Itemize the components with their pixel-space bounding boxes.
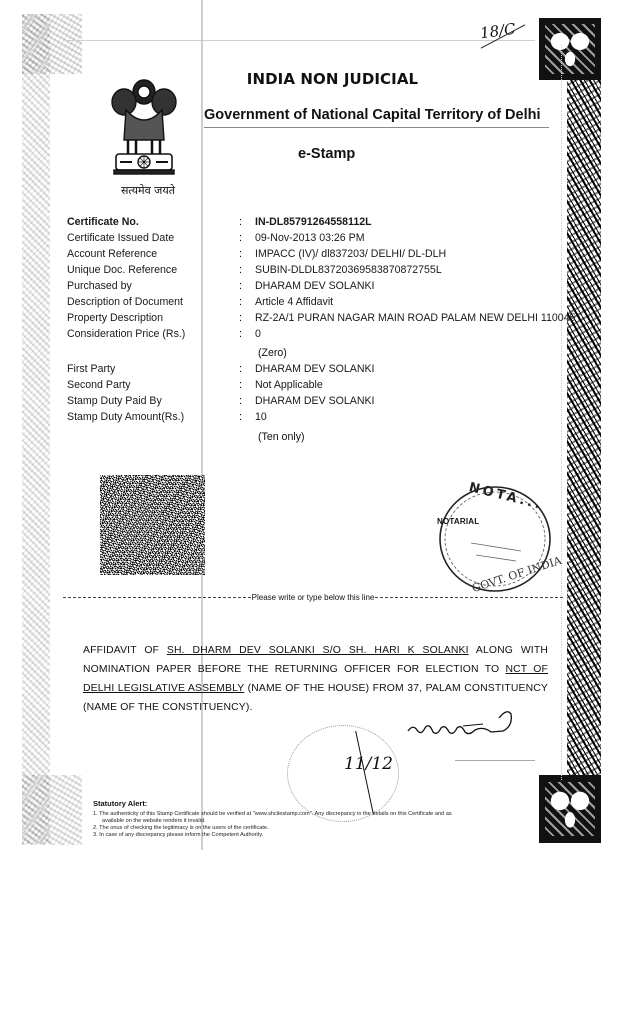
statutory-alert-title: Statutory Alert:	[93, 799, 147, 808]
scan-fold-line	[201, 0, 203, 850]
separator-dash	[375, 597, 563, 598]
write-below-separator: Please write or type below this line	[63, 591, 563, 603]
field-value: DHARAM DEV SOLANKI	[255, 363, 375, 375]
field-label: First Party	[67, 363, 115, 375]
field-label: Purchased by	[67, 280, 132, 292]
field-colon: :	[239, 411, 242, 423]
signature-icon	[403, 706, 518, 746]
inner-frame-line	[65, 40, 535, 42]
bottom-right-leaf-ornament-icon	[539, 775, 601, 843]
field-label: Unique Doc. Reference	[67, 264, 177, 276]
field-label: Property Description	[67, 312, 163, 324]
top-right-leaf-ornament-icon	[539, 18, 601, 80]
statutory-alert-item: 3. In case of any discrepancy please inf…	[93, 832, 263, 838]
field-value: RZ-2A/1 PURAN NAGAR MAIN ROAD PALAM NEW …	[255, 312, 575, 324]
field-label: Account Reference	[67, 248, 157, 260]
field-value: 09-Nov-2013 03:26 PM	[255, 232, 365, 244]
field-value: 0	[255, 328, 261, 340]
field-value-in-words: (Zero)	[258, 347, 287, 359]
inner-frame-line	[561, 45, 563, 780]
field-value-in-words: (Ten only)	[258, 431, 305, 443]
field-colon: :	[239, 296, 242, 308]
field-colon: :	[239, 232, 242, 244]
separator-text: Please write or type below this line	[251, 593, 376, 602]
field-value: Not Applicable	[255, 379, 323, 391]
field-label: Certificate Issued Date	[67, 232, 174, 244]
field-label: Consideration Price (Rs.)	[67, 328, 185, 340]
field-value: Article 4 Affidavit	[255, 296, 333, 308]
header-estamp: e-Stamp	[298, 146, 355, 162]
field-value: IN-DL85791264558112L	[255, 216, 372, 228]
header-india-non-judicial: INDIA NON JUDICIAL	[200, 70, 465, 88]
field-colon: :	[239, 312, 242, 324]
handwritten-date: 11/12	[344, 754, 393, 774]
signature-line	[455, 760, 535, 761]
top-left-ornament	[22, 14, 82, 74]
field-label: Certificate No.	[67, 216, 139, 228]
right-ornamental-border	[567, 18, 601, 843]
affidavit-text: AFFIDAVIT OF	[83, 645, 167, 656]
statutory-alert-item: available on the website renders it inva…	[102, 818, 206, 824]
header-government: Government of National Capital Territory…	[204, 107, 541, 123]
field-colon: :	[239, 363, 242, 375]
bottom-left-ornament	[22, 775, 82, 845]
field-value: 10	[255, 411, 267, 423]
statutory-alert-item: 2. The onus of checking the legitimacy i…	[93, 825, 269, 831]
field-value: DHARAM DEV SOLANKI	[255, 395, 375, 407]
field-value: DHARAM DEV SOLANKI	[255, 280, 375, 292]
left-ornamental-border	[22, 14, 50, 844]
field-colon: :	[239, 216, 242, 228]
statutory-alert-item: 1. The authenticity of this Stamp Certif…	[93, 811, 452, 817]
field-label: Second Party	[67, 379, 131, 391]
field-colon: :	[239, 328, 242, 340]
field-label: Stamp Duty Amount(Rs.)	[67, 411, 184, 423]
field-value: IMPACC (IV)/ dl837203/ DELHI/ DL-DLH	[255, 248, 446, 260]
field-label: Description of Document	[67, 296, 183, 308]
seal-notarial-label: NOTARIAL	[437, 517, 479, 526]
emblem-motto: सत्यमेव जयते	[108, 183, 188, 198]
field-colon: :	[239, 379, 242, 391]
header-underline	[204, 127, 549, 128]
field-value: SUBIN-DLDL83720369583870872755L	[255, 264, 442, 276]
ashoka-emblem-icon	[104, 70, 184, 180]
field-colon: :	[239, 248, 242, 260]
separator-dash	[63, 597, 251, 598]
affidavit-deponent: SH. DHARM DEV SOLANKI S/O SH. HARI K SOL…	[167, 645, 469, 656]
field-colon: :	[239, 264, 242, 276]
field-label: Stamp Duty Paid By	[67, 395, 162, 407]
field-colon: :	[239, 280, 242, 292]
field-colon: :	[239, 395, 242, 407]
qr-code-icon	[100, 475, 205, 575]
